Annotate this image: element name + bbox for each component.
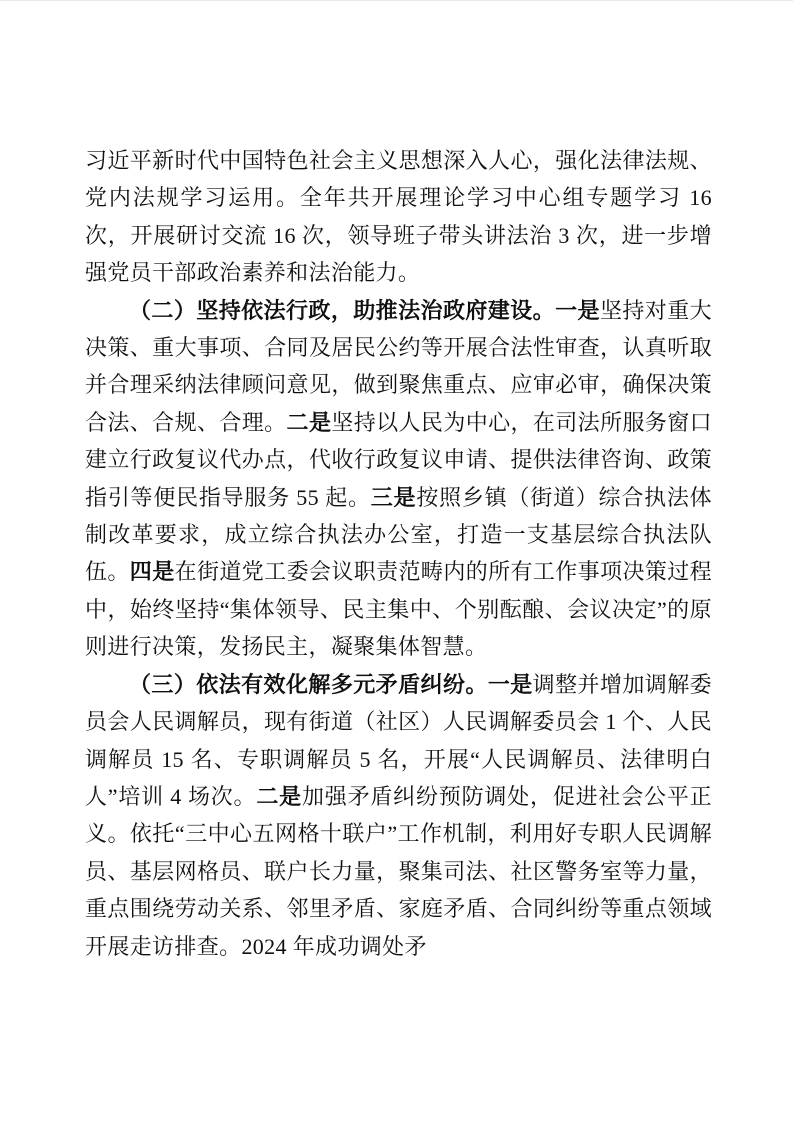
text-run: 加强矛盾纠纷预防调处，促进社会公平正义。依托“三中心五网格十联户”工作机制，利用… <box>85 784 712 959</box>
document-body: 习近平新时代中国特色社会主义思想深入人心，强化法律法规、党内法规学习运用。全年共… <box>85 142 712 965</box>
document-page: 习近平新时代中国特色社会主义思想深入人心，强化法律法规、党内法规学习运用。全年共… <box>0 0 793 1123</box>
section-heading: （三）依法有效化解多元矛盾纠纷。 <box>129 672 488 697</box>
text-run: 一是 <box>488 672 533 697</box>
text-run: 一是 <box>555 298 600 323</box>
paragraph: （二）坚持依法行政，助推法治政府建设。一是坚持对重大决策、重大事项、合同及居民公… <box>85 292 712 666</box>
text-run: 三是 <box>371 485 417 510</box>
text-run: 四是 <box>130 559 175 584</box>
text-run: 在街道党工委会议职责范畴内的所有工作事项决策过程中，始终坚持“集体领导、民主集中… <box>85 559 712 659</box>
text-run: 二是 <box>256 784 302 809</box>
text-run: 二是 <box>287 410 332 435</box>
paragraph: （三）依法有效化解多元矛盾纠纷。一是调整并增加调解委员会人民调解员，现有街道（社… <box>85 666 712 965</box>
text-run: 习近平新时代中国特色社会主义思想深入人心，强化法律法规、党内法规学习运用。全年共… <box>85 148 712 285</box>
paragraph: 习近平新时代中国特色社会主义思想深入人心，强化法律法规、党内法规学习运用。全年共… <box>85 142 712 292</box>
section-heading: （二）坚持依法行政，助推法治政府建设。 <box>129 298 555 323</box>
